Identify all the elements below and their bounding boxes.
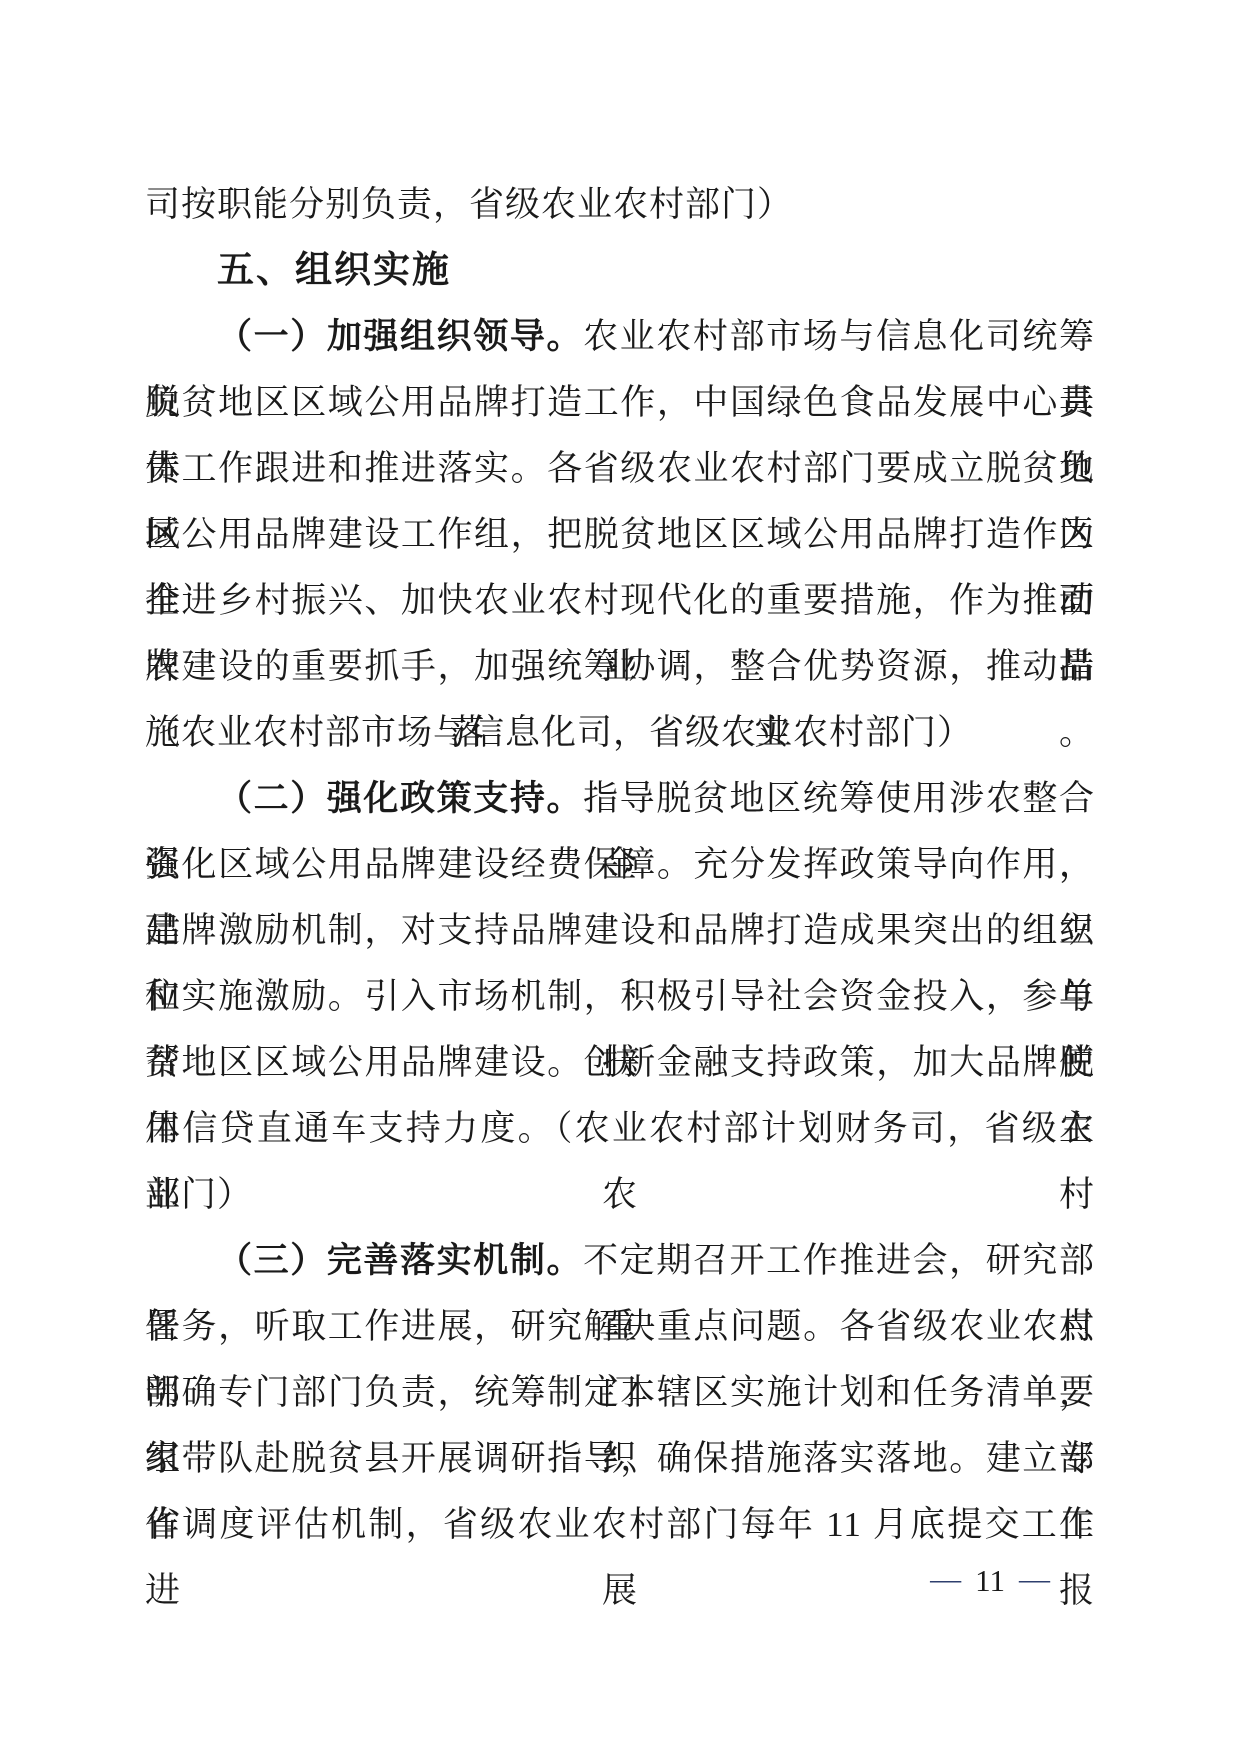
page-number: —11— bbox=[930, 1556, 1050, 1606]
paragraph-lead: （三）完善落实机制。 bbox=[217, 1241, 583, 1280]
text-line: 五、组织实施 bbox=[145, 238, 1095, 304]
paragraph-lead: （二）强化政策支持。 bbox=[217, 779, 583, 818]
section-heading: 五、组织实施 bbox=[217, 250, 451, 291]
page-number-left-dash: — bbox=[930, 1561, 961, 1596]
text-line: 位实施激励。引入市场机制，积极引导社会资金投入，参与帮扶脱 bbox=[145, 964, 1095, 1030]
text-segment: 体信贷直通车支持力度。 bbox=[145, 1109, 555, 1148]
text-line: 贫地区区域公用品牌建设。创新金融支持政策，加大品牌使用主 bbox=[145, 1030, 1095, 1096]
text-line: （三）完善落实机制。不定期召开工作推进会，研究部署重点 bbox=[145, 1228, 1095, 1294]
text-line: （二）强化政策支持。指导脱贫地区统筹使用涉农整合资金， bbox=[145, 766, 1095, 832]
text-line: 家带队赴脱贫县开展调研指导，确保措施落实落地。建立部省工 bbox=[145, 1426, 1095, 1492]
paragraph-lead: （一）加强组织领导。 bbox=[217, 317, 583, 356]
text-line: 责工作跟进和推进落实。各省级农业农村部门要成立脱贫地区区 bbox=[145, 436, 1095, 502]
text-line: 明确专门部门负责，统筹制定本辖区实施计划和任务清单，组织专 bbox=[145, 1360, 1095, 1426]
text-line: （一）加强组织领导。农业农村部市场与信息化司统筹负责 bbox=[145, 304, 1095, 370]
text-line: 品牌激励机制，对支持品牌建设和品牌打造成果突出的组织和单 bbox=[145, 898, 1095, 964]
text-line: 任务，听取工作进展，研究解决重点问题。各省级农业农村部门要 bbox=[145, 1294, 1095, 1360]
text-line: 司按职能分别负责，省级农业农村部门） bbox=[145, 172, 1095, 238]
text-line: 脱贫地区区域公用品牌打造工作，中国绿色食品发展中心具体负 bbox=[145, 370, 1095, 436]
text-line: 体信贷直通车支持力度。（农业农村部计划财务司，省级农业农村 bbox=[145, 1096, 1095, 1162]
text-segment: 部门） bbox=[145, 1175, 253, 1214]
text-line: 牌建设的重要抓手，加强统筹协调，整合优势资源，推动措施落实。 bbox=[145, 634, 1095, 700]
text-line: （农业农村部市场与信息化司，省级农业农村部门） bbox=[145, 700, 1095, 766]
text-segment: （农业农村部市场与信息化司，省级农业农村部门） bbox=[145, 713, 973, 752]
text-line: 推进乡村振兴、加快农业农村现代化的重要措施，作为推动农业品 bbox=[145, 568, 1095, 634]
text-segment: 司按职能分别负责，省级农业农村部门） bbox=[145, 185, 793, 224]
page-number-value: 11 bbox=[961, 1563, 1019, 1598]
document-page: 司按职能分别负责，省级农业农村部门）五、组织实施（一）加强组织领导。农业农村部市… bbox=[0, 0, 1240, 1754]
text-line: 作调度评估机制，省级农业农村部门每年 11 月底提交工作进展报 bbox=[145, 1492, 1095, 1558]
document-body: 司按职能分别负责，省级农业农村部门）五、组织实施（一）加强组织领导。农业农村部市… bbox=[145, 172, 1095, 1558]
text-line: 域公用品牌建设工作组，把脱贫地区区域公用品牌打造作为全面 bbox=[145, 502, 1095, 568]
text-line: 强化区域公用品牌建设经费保障。充分发挥政策导向作用，建立 bbox=[145, 832, 1095, 898]
page-number-right-dash: — bbox=[1019, 1561, 1050, 1596]
